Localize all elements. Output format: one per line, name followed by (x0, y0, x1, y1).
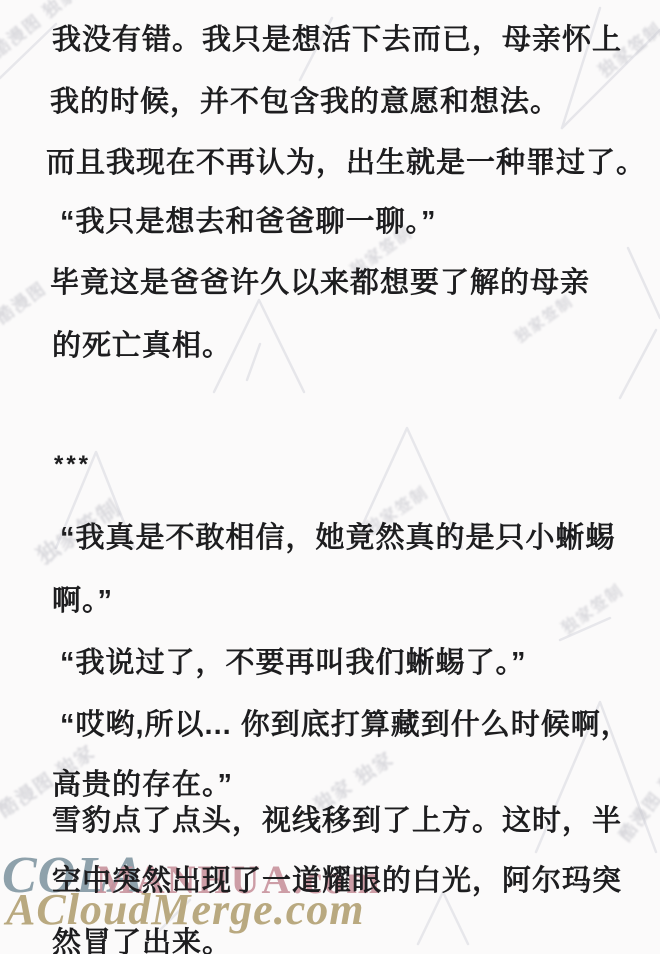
novel-text-line: “我说过了，不要再叫我们蜥蜴了。” (60, 648, 527, 680)
scene-break-marker: *** (54, 452, 91, 478)
novel-text-line: “我只是想去和爸爸聊一聊。” (60, 207, 437, 239)
novel-text-line: “我真是不敢相信，她竟然真的是只小蜥蜴 (60, 523, 616, 555)
watermark-acloudmerge-domain: ACloudMerge.com (6, 888, 364, 932)
novel-reader-page: 酷漫图 独家独家签制独家签制酷漫图独家签制独家签制独家签制独家签制酷漫图 独家独… (0, 0, 660, 954)
novel-text-line: 的死亡真相。 (52, 331, 232, 363)
novel-text-line: 我没有错。我只是想活下去而已，母亲怀上 (52, 25, 622, 57)
novel-text-line: 我的时候，并不包含我的意愿和想法。 (50, 87, 560, 119)
novel-text-line: 高贵的存在。” (52, 770, 233, 802)
novel-text-line: “哎哟,所以... 你到底打算藏到什么时候啊， (60, 710, 631, 742)
novel-text-line: 啊。” (52, 586, 113, 618)
novel-text-line: 雪豹点了点头，视线移到了上方。这时，半 (52, 806, 622, 838)
novel-text-line: 毕竟这是爸爸许久以来都想要了解的母亲 (50, 268, 590, 300)
novel-text-line: 而且我现在不再认为，出生就是一种罪过了。 (46, 148, 646, 180)
